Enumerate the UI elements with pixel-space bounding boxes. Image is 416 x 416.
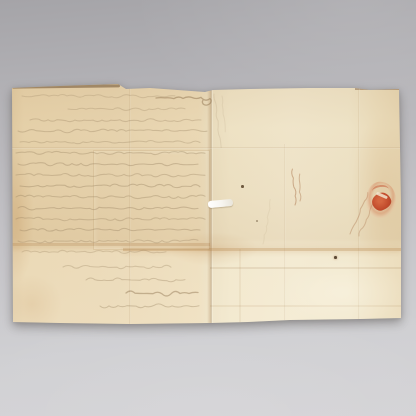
handwriting-stroke — [22, 95, 175, 98]
handwriting-stroke — [86, 278, 185, 282]
handwriting-stroke — [213, 94, 221, 148]
handwriting-stroke — [16, 151, 205, 154]
handwriting-stroke — [20, 184, 200, 187]
handwriting-bleedthrough-layer — [8, 84, 404, 326]
foxing-speck — [256, 220, 258, 222]
letter-sheet — [8, 84, 404, 326]
foxing-speck — [334, 256, 337, 259]
handwriting-stroke — [126, 291, 198, 296]
letter-sheet-shape — [8, 84, 404, 326]
handwriting-stroke — [22, 250, 166, 253]
handwriting-stroke — [18, 239, 198, 242]
foxing-speck — [241, 185, 244, 188]
handwriting-stroke — [20, 228, 200, 231]
handwriting-stroke — [18, 206, 198, 209]
wax-seal-remnant — [366, 182, 400, 222]
handwriting-stroke — [262, 200, 272, 245]
handwriting-stroke — [30, 119, 201, 122]
handwriting-stroke — [100, 304, 199, 308]
handwriting-stroke — [222, 96, 226, 132]
handwriting-stroke — [299, 174, 301, 201]
handwriting-stroke — [18, 163, 198, 166]
handwriting-stroke — [68, 108, 185, 111]
handwriting-stroke — [18, 129, 207, 133]
handwriting-stroke — [63, 265, 171, 268]
handwriting-stroke — [292, 169, 297, 205]
handwriting-stroke — [156, 97, 211, 105]
photo-of-letter — [0, 0, 416, 416]
handwriting-stroke — [16, 195, 205, 199]
handwriting-stroke — [16, 173, 205, 176]
handwriting-stroke — [16, 217, 205, 220]
handwriting-stroke — [20, 140, 200, 143]
